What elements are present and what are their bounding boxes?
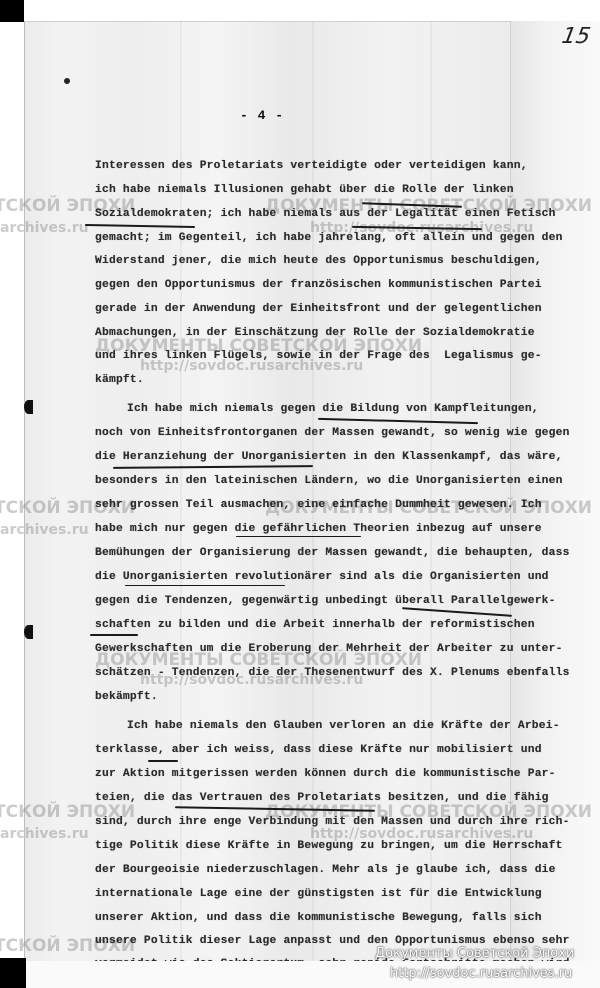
text-line: Gewerkschaften um die Eroberung der Mehr… — [95, 643, 563, 655]
text-line: habe mich nur gegen die gefährlichen The… — [95, 523, 542, 535]
text-line: gemacht; im Gegenteil, ich habe jahrelan… — [95, 232, 563, 244]
text-line: die Heranziehung der Unorganisierten in … — [95, 451, 563, 463]
text-line: unserer Aktion, und dass die kommunistis… — [95, 912, 542, 924]
footer-watermark-url: http://sovdoc.rusarchives.ru — [390, 966, 572, 981]
text-line: terklasse, aber ich weiss, dass diese Kr… — [95, 744, 542, 756]
handwritten-underline — [236, 536, 361, 537]
page-margin-line — [24, 21, 25, 961]
text-line: ich habe niemals Illusionen gehabt über … — [95, 184, 514, 196]
text-line: schaften zu bilden und die Arbeit innerh… — [95, 619, 535, 631]
text-line: Sozialdemokraten; ich habe niemals aus d… — [95, 208, 556, 220]
text-line: noch von Einheitsfrontorganen der Massen… — [95, 427, 570, 439]
handwritten-underline — [148, 760, 178, 762]
text-line: die Unorganisierten revolutionärer sind … — [95, 571, 549, 583]
text-line: und ihres linken Flügels, sowie in der F… — [95, 350, 542, 362]
text-line: der Bourgeoisie niederzuschlagen. Mehr a… — [95, 864, 556, 876]
text-line: sind, durch ihre enge Verbindung mit den… — [95, 816, 570, 828]
text-line: gegen den Opportunismus der französische… — [95, 279, 542, 291]
text-line: Ich habe niemals den Glauben verloren an… — [127, 720, 560, 732]
text-line: zur Aktion mitgerissen werden können dur… — [95, 768, 556, 780]
text-line: teien, die das Vertrauen des Proletariat… — [95, 792, 549, 804]
text-line: Widerstand jener, die mich heute des Opp… — [95, 255, 542, 267]
text-line: Ich habe mich niemals gegen die Bildung … — [127, 403, 539, 415]
text-line: kämpft. — [95, 374, 144, 386]
text-line: tige Politik diese Kräfte in Bewegung zu… — [95, 840, 563, 852]
text-line: Abmachungen, in der Einschätzung der Rol… — [95, 327, 535, 339]
text-line: schätzen - Tendenzen, die der Thesenentw… — [95, 667, 570, 679]
text-line: gegen die Tendenzen, gegenwärtig unbedin… — [95, 595, 556, 607]
text-line: bekämpft. — [95, 691, 158, 703]
footer-watermark-title: Документы Советской Эпохи — [375, 946, 574, 961]
handwritten-underline — [90, 634, 138, 636]
text-line: sehr grossen Teil ausmachen, eine einfac… — [95, 499, 542, 511]
handwritten-underline — [125, 585, 285, 586]
punch-hole-icon — [24, 400, 33, 414]
page-number: - 4 - — [240, 108, 284, 123]
punch-hole-icon — [24, 625, 33, 639]
text-line: Bemühungen der Organisierung der Massen … — [95, 547, 570, 559]
scan-border-bottom — [0, 958, 26, 988]
text-line: Interessen des Proletariats verteidigte … — [95, 160, 528, 172]
text-line: besonders in den lateinischen Ländern, w… — [95, 475, 563, 487]
text-line: internationale Lage eine der günstigsten… — [95, 888, 542, 900]
scan-border-top — [0, 0, 24, 22]
text-line: gerade in der Anwendung der Einheitsfron… — [95, 303, 542, 315]
ink-dot — [64, 78, 70, 84]
archive-folio-number: 15 — [560, 24, 592, 49]
